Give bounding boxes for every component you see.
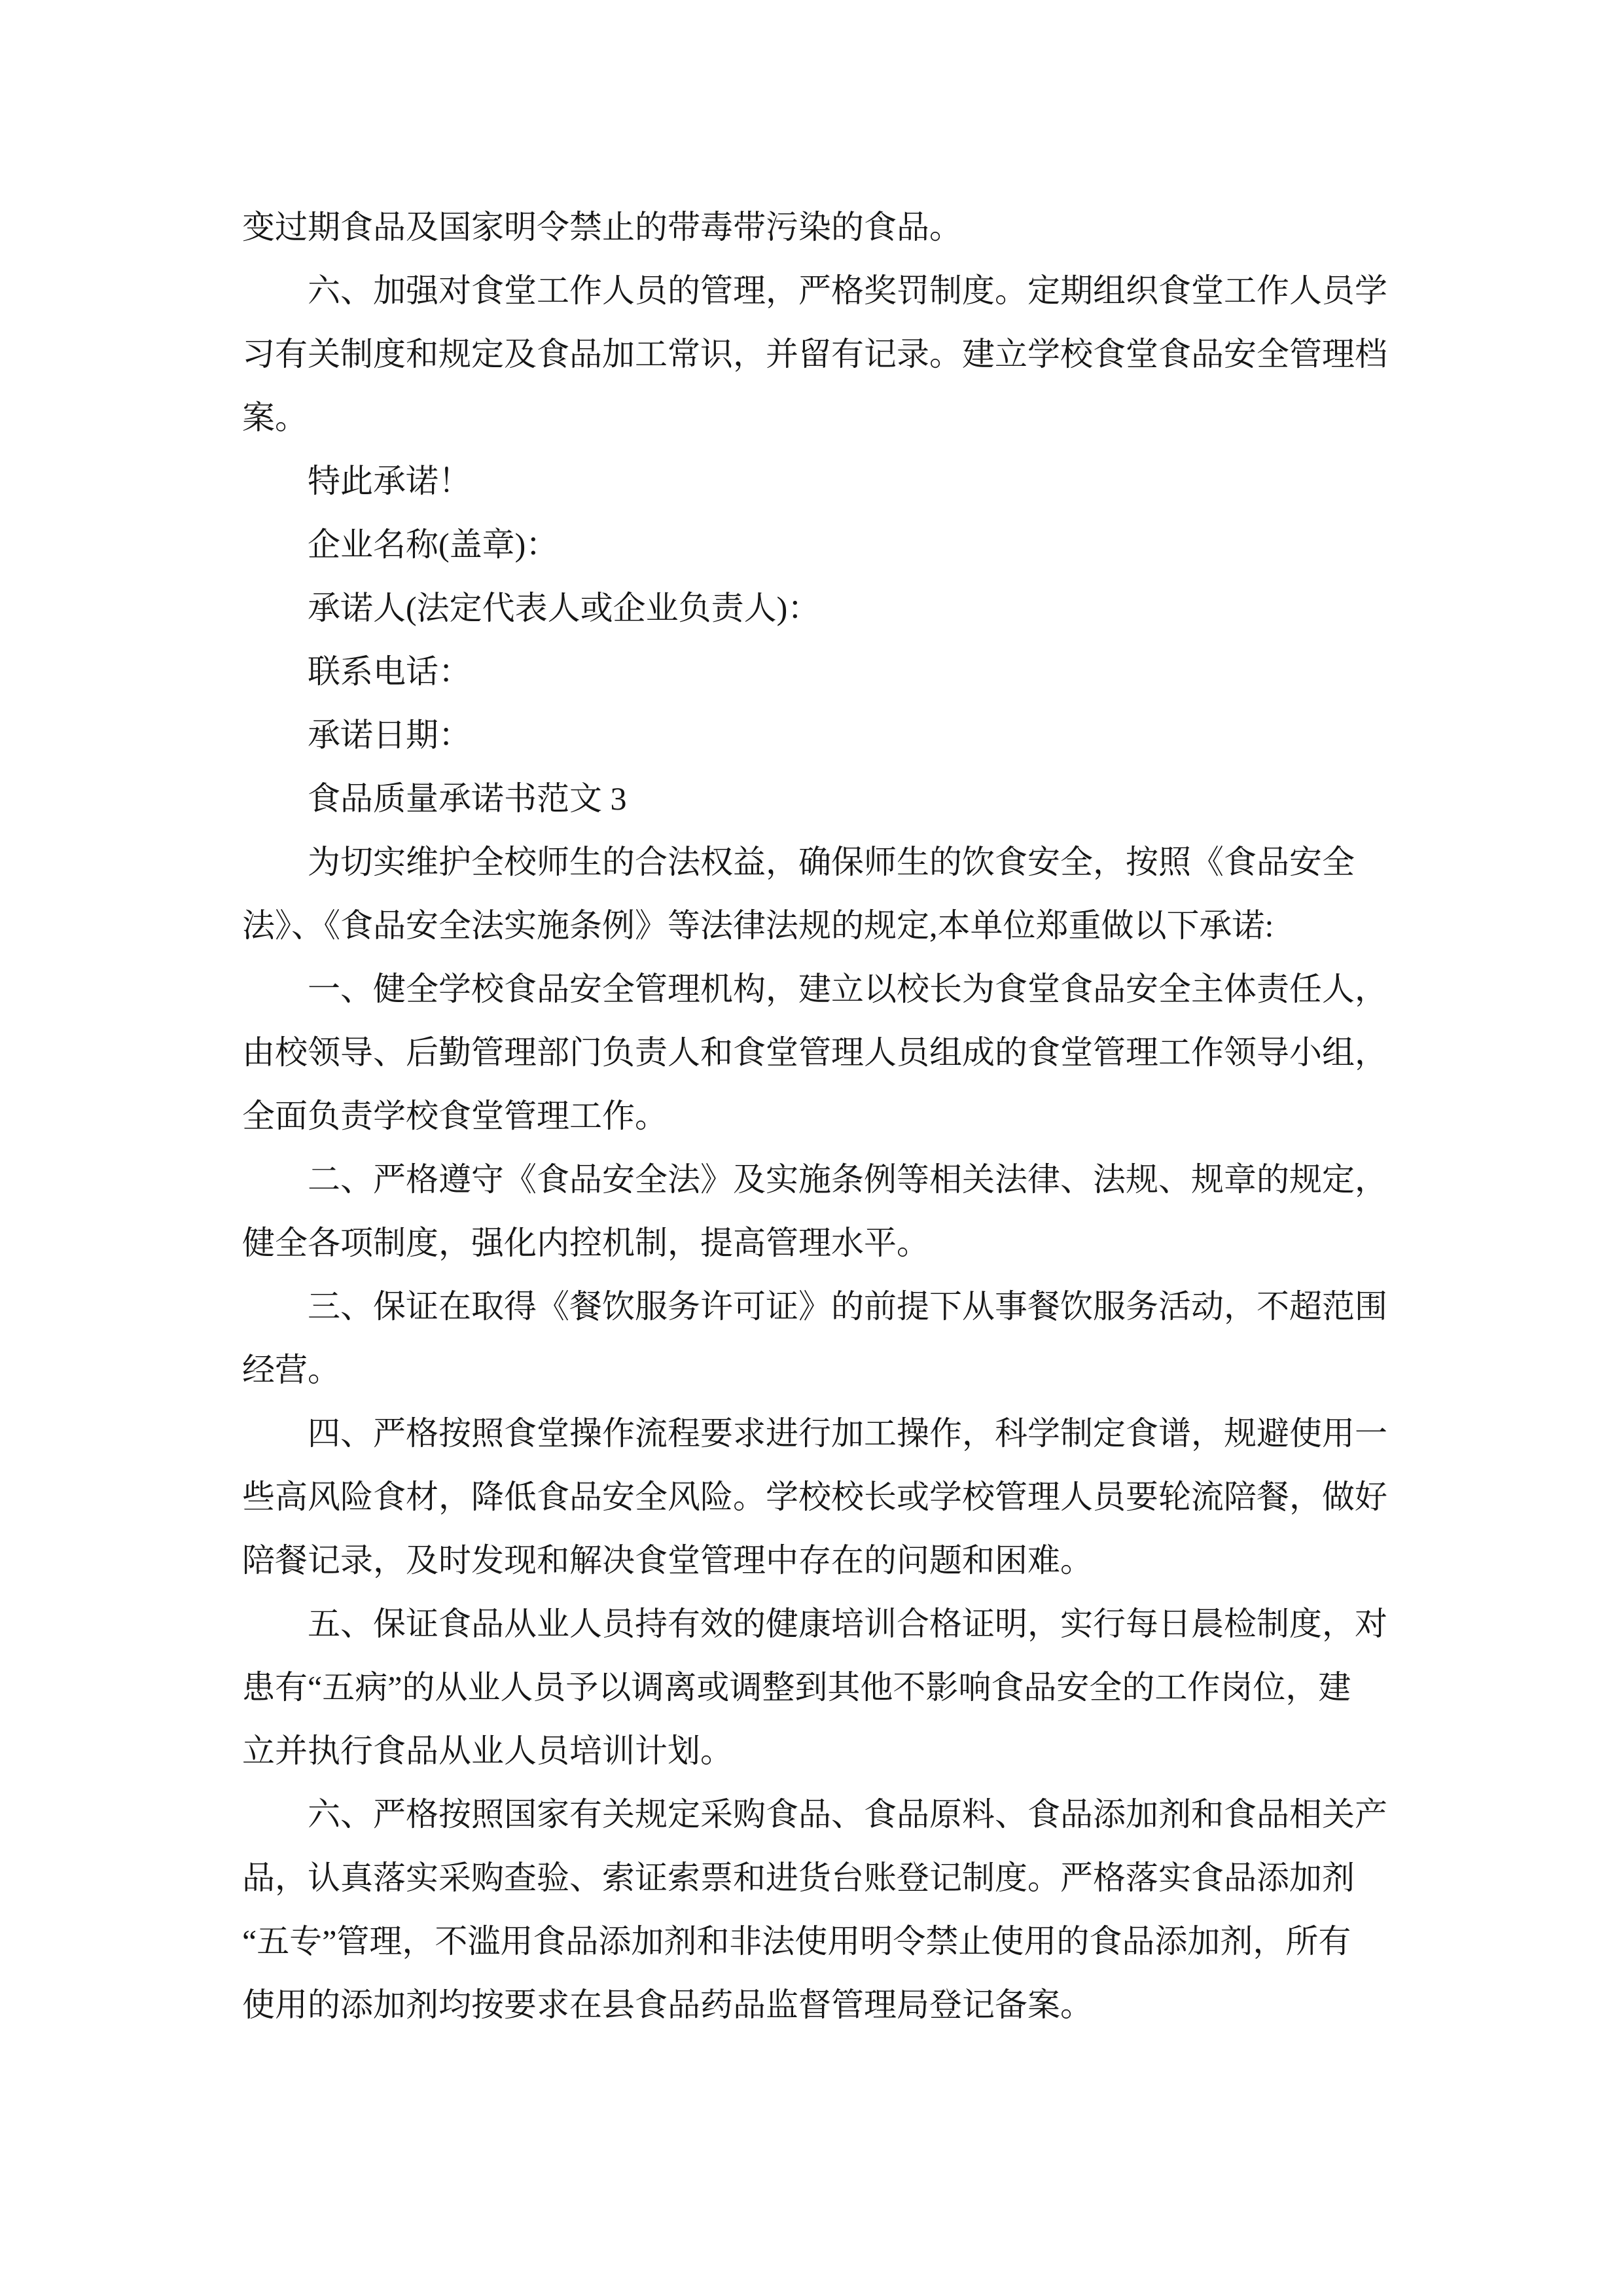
text-line: 案。 <box>242 386 1420 450</box>
text-line: 联系电话： <box>242 640 1420 704</box>
text-line: 特此承诺！ <box>242 450 1420 513</box>
text-line: 品，认真落实采购查验、索证索票和进货台账登记制度。严格落实食品添加剂 <box>242 1846 1420 1910</box>
text-line: 六、加强对食堂工作人员的管理，严格奖罚制度。定期组织食堂工作人员学 <box>242 259 1420 323</box>
text-line: 立并执行食品从业人员培训计划。 <box>242 1719 1420 1783</box>
text-line: 些高风险食材，降低食品安全风险。学校校长或学校管理人员要轮流陪餐，做好 <box>242 1465 1420 1529</box>
text-line: 承诺人(法定代表人或企业负责人)： <box>242 577 1420 640</box>
text-line: 为切实维护全校师生的合法权益，确保师生的饮食安全，按照《食品安全 <box>242 831 1420 894</box>
text-line: 健全各项制度，强化内控机制，提高管理水平。 <box>242 1211 1420 1275</box>
text-line: 使用的添加剂均按要求在县食品药品监督管理局登记备案。 <box>242 1973 1420 2037</box>
text-line: 四、严格按照食堂操作流程要求进行加工操作，科学制定食谱，规避使用一 <box>242 1402 1420 1465</box>
text-line: “五专”管理，不滥用食品添加剂和非法使用明令禁止使用的食品添加剂，所有 <box>242 1910 1420 1973</box>
text-line: 经营。 <box>242 1338 1420 1402</box>
text-line: 食品质量承诺书范文 3 <box>242 767 1420 831</box>
text-line: 由校领导、后勤管理部门负责人和食堂管理人员组成的食堂管理工作领导小组， <box>242 1021 1420 1085</box>
text-line: 法》、《食品安全法实施条例》等法律法规的规定,本单位郑重做以下承诺: <box>242 894 1420 958</box>
document-page: 变过期食品及国家明令禁止的带毒带污染的食品。 六、加强对食堂工作人员的管理，严格… <box>0 0 1623 2296</box>
text-line: 承诺日期： <box>242 704 1420 767</box>
text-line: 患有“五病”的从业人员予以调离或调整到其他不影响食品安全的工作岗位，建 <box>242 1656 1420 1719</box>
text-line: 二、严格遵守《食品安全法》及实施条例等相关法律、法规、规章的规定， <box>242 1148 1420 1211</box>
text-line: 企业名称(盖章)： <box>242 513 1420 577</box>
text-line: 六、严格按照国家有关规定采购食品、食品原料、食品添加剂和食品相关产 <box>242 1783 1420 1846</box>
text-line: 一、健全学校食品安全管理机构，建立以校长为食堂食品安全主体责任人， <box>242 958 1420 1021</box>
document-text-block: 变过期食品及国家明令禁止的带毒带污染的食品。 六、加强对食堂工作人员的管理，严格… <box>242 196 1420 2037</box>
text-line: 陪餐记录，及时发现和解决食堂管理中存在的问题和困难。 <box>242 1529 1420 1592</box>
text-line: 三、保证在取得《餐饮服务许可证》的前提下从事餐饮服务活动，不超范围 <box>242 1275 1420 1338</box>
text-line: 五、保证食品从业人员持有效的健康培训合格证明，实行每日晨检制度，对 <box>242 1592 1420 1656</box>
text-line: 全面负责学校食堂管理工作。 <box>242 1085 1420 1148</box>
text-line: 变过期食品及国家明令禁止的带毒带污染的食品。 <box>242 196 1420 259</box>
text-line: 习有关制度和规定及食品加工常识，并留有记录。建立学校食堂食品安全管理档 <box>242 323 1420 386</box>
